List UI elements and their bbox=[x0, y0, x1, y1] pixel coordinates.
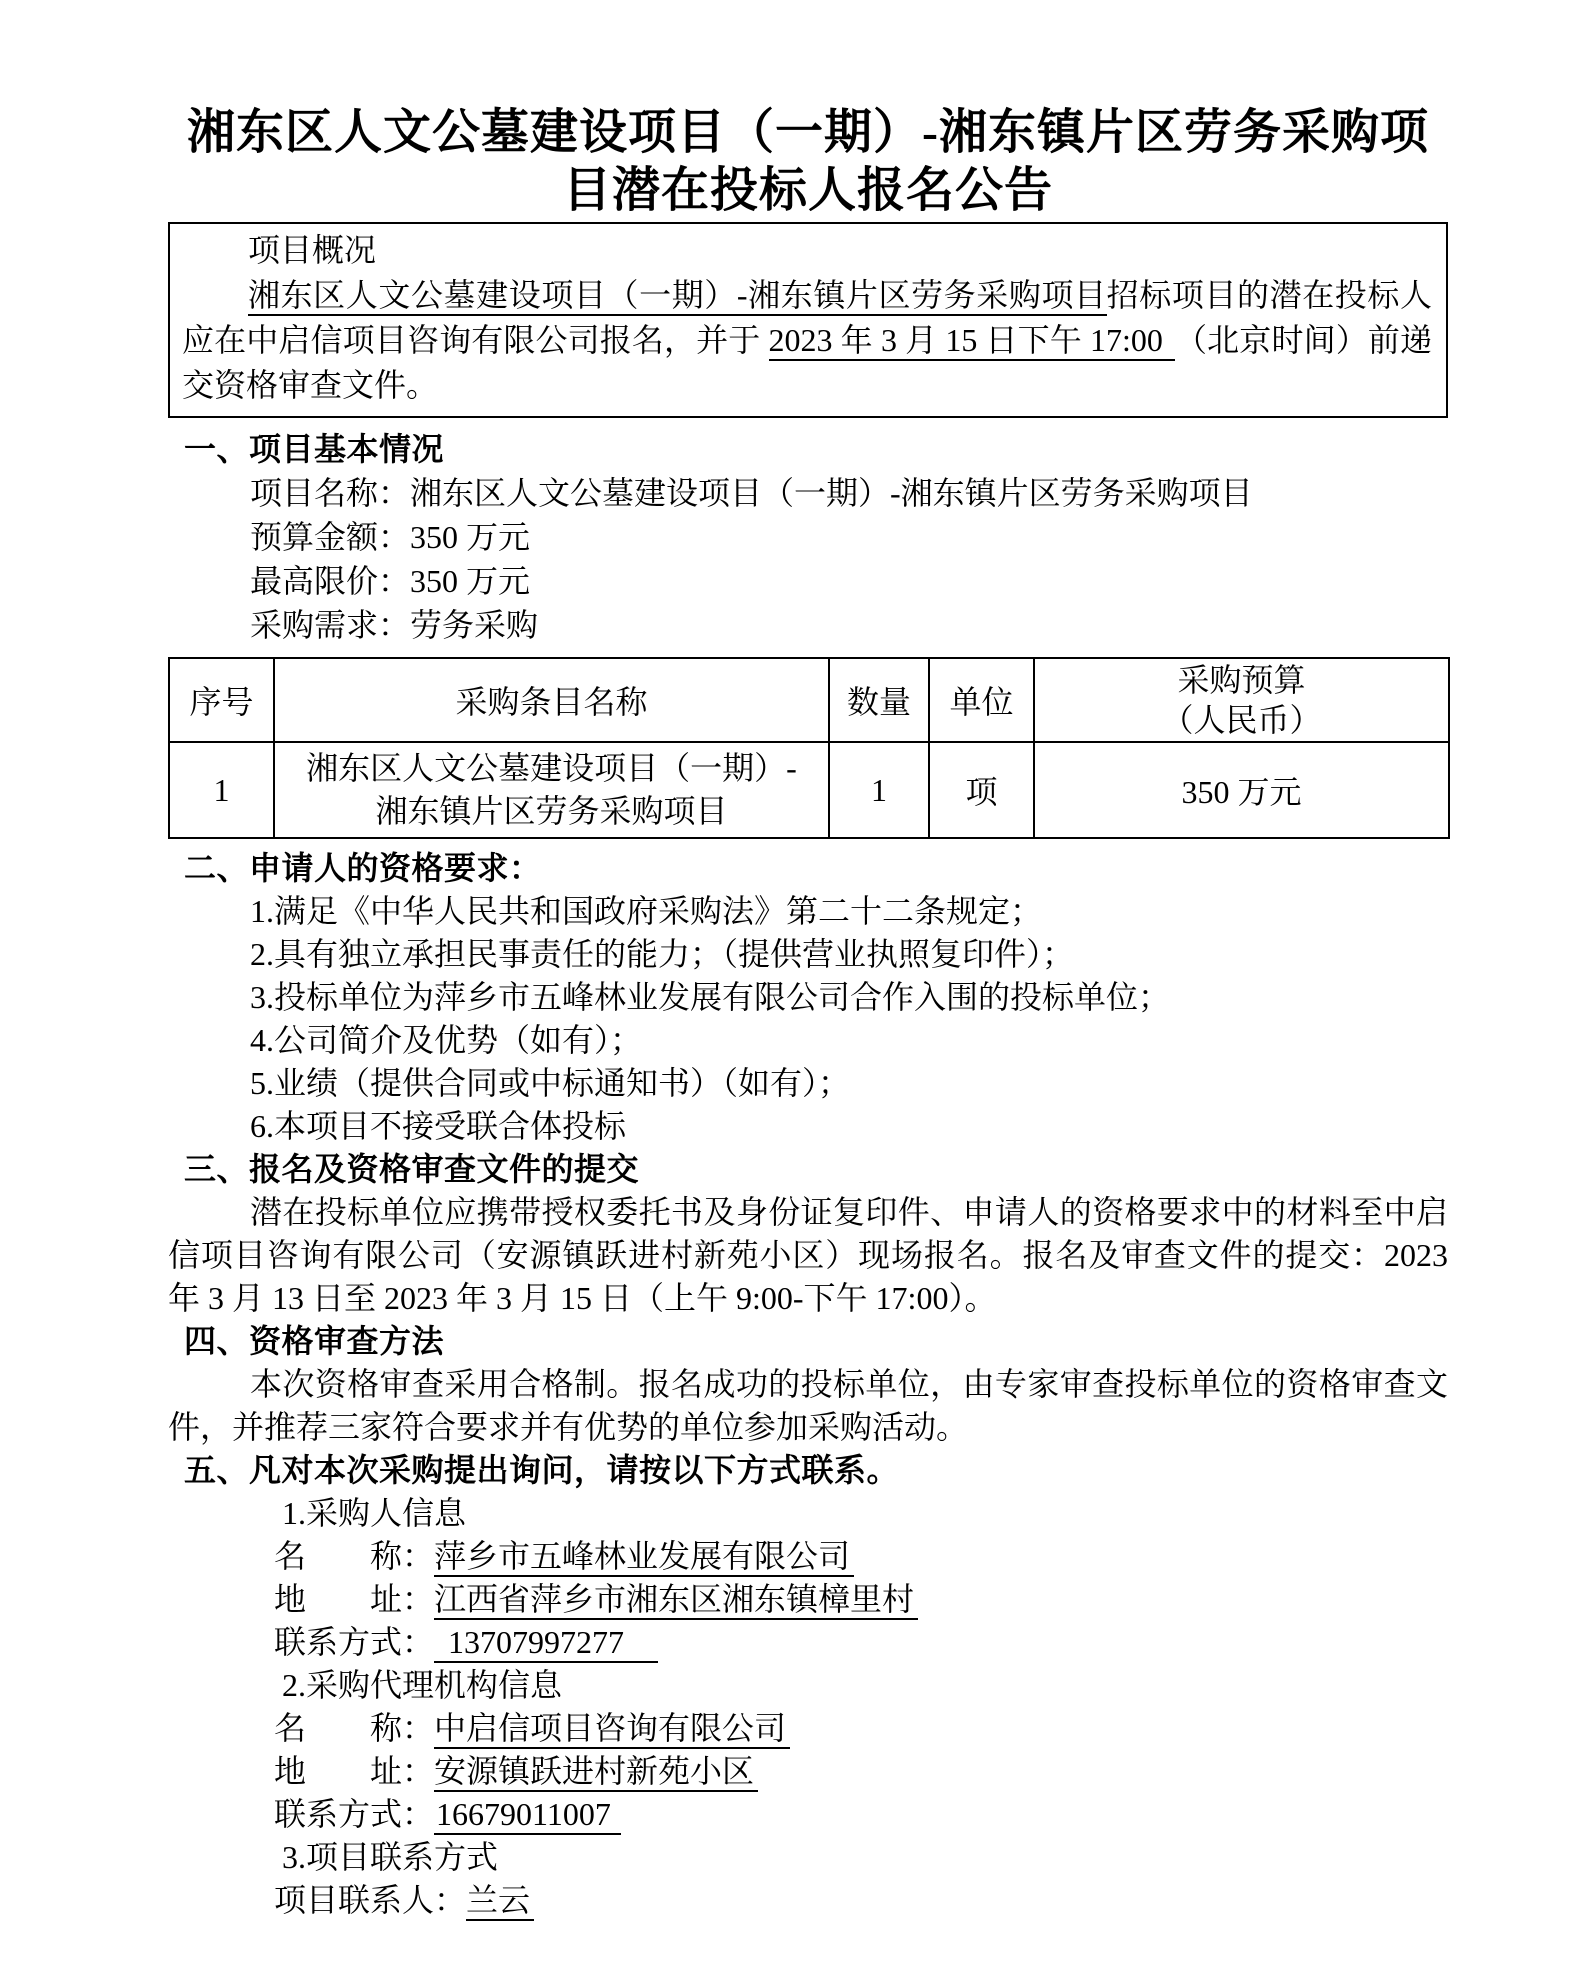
page-title: 湘东区人文公墓建设项目（一期）-湘东镇片区劳务采购项 目潜在投标人报名公告 bbox=[168, 104, 1448, 220]
procurement-items-table: 序号 采购条目名称 数量 单位 采购预算 （人民币） 1 湘东区人文公墓建设项目… bbox=[168, 657, 1450, 839]
col-header-budget: 采购预算 （人民币） bbox=[1034, 658, 1449, 742]
project-name-line: 项目名称：湘东区人文公墓建设项目（一期）-湘东镇片区劳务采购项目 bbox=[168, 471, 1448, 515]
table-header-row: 序号 采购条目名称 数量 单位 采购预算 （人民币） bbox=[169, 658, 1449, 742]
purchaser-phone-label: 联系方式： bbox=[274, 1621, 434, 1664]
project-contact-label: 项目联系人： bbox=[274, 1879, 466, 1922]
qualification-requirements-list: 1.满足《中华人民共和国政府采购法》第二十二条规定； 2.具有独立承担民事责任的… bbox=[168, 890, 1448, 1148]
overview-paragraph: 湘东区人文公墓建设项目（一期）-湘东镇片区劳务采购项目招标项目的潜在投标人应在中… bbox=[182, 273, 1432, 408]
agency-address-label: 地 址： bbox=[274, 1750, 434, 1793]
table-row: 1 湘东区人文公墓建设项目（一期）- 湘东镇片区劳务采购项目 1 项 350 万… bbox=[169, 742, 1449, 838]
project-contact-value: 兰云 bbox=[466, 1882, 534, 1921]
purchaser-address-value: 江西省萍乡市湘东区湘东镇樟里村 bbox=[434, 1581, 918, 1620]
cell-item-name: 湘东区人文公墓建设项目（一期）- 湘东镇片区劳务采购项目 bbox=[274, 742, 829, 838]
requirement-item-4: 4.公司简介及优势（如有）； bbox=[168, 1019, 1448, 1062]
review-method-paragraph: 本次资格审查采用合格制。报名成功的投标单位，由专家审查投标单位的资格审查文件，并… bbox=[168, 1363, 1448, 1449]
purchaser-name-value: 萍乡市五峰林业发展有限公司 bbox=[434, 1538, 854, 1577]
budget-amount-line: 预算金额：350 万元 bbox=[168, 515, 1448, 559]
cell-item-name-line2: 湘东镇片区劳务采购项目 bbox=[275, 790, 828, 833]
purchaser-info-heading: 1.采购人信息 bbox=[168, 1492, 1448, 1535]
requirement-item-2: 2.具有独立承担民事责任的能力；（提供营业执照复印件）； bbox=[168, 933, 1448, 976]
page-title-line2: 目潜在投标人报名公告 bbox=[168, 162, 1448, 220]
section-review-method-heading: 四、资格审查方法 bbox=[168, 1320, 1448, 1363]
col-header-unit: 单位 bbox=[929, 658, 1034, 742]
purchaser-address-label: 地 址： bbox=[274, 1578, 434, 1621]
section-basic-info-heading: 一、项目基本情况 bbox=[168, 428, 1448, 471]
col-header-budget-line1: 采购预算 bbox=[1035, 660, 1448, 700]
cell-unit: 项 bbox=[929, 742, 1034, 838]
cell-quantity: 1 bbox=[829, 742, 929, 838]
requirement-item-1: 1.满足《中华人民共和国政府采购法》第二十二条规定； bbox=[168, 890, 1448, 933]
agency-name-label: 名 称： bbox=[274, 1707, 434, 1750]
col-header-budget-line2: （人民币） bbox=[1035, 700, 1448, 740]
cell-budget: 350 万元 bbox=[1034, 742, 1449, 838]
agency-name-line: 名 称：中启信项目咨询有限公司 bbox=[168, 1707, 1448, 1750]
requirement-item-3: 3.投标单位为萍乡市五峰林业发展有限公司合作入围的投标单位； bbox=[168, 976, 1448, 1019]
section-qualification-heading: 二、申请人的资格要求： bbox=[168, 847, 1448, 890]
overview-project-name: 湘东区人文公墓建设项目（一期）-湘东镇片区劳务采购项目 bbox=[248, 277, 1107, 316]
project-contact-heading: 3.项目联系方式 bbox=[168, 1836, 1448, 1879]
agency-phone-line: 联系方式：16679011007 bbox=[168, 1793, 1448, 1836]
procurement-demand-line: 采购需求：劳务采购 bbox=[168, 603, 1448, 647]
project-overview-box: 项目概况 湘东区人文公墓建设项目（一期）-湘东镇片区劳务采购项目招标项目的潜在投… bbox=[168, 222, 1448, 418]
submission-paragraph: 潜在投标单位应携带授权委托书及身份证复印件、申请人的资格要求中的材料至中启信项目… bbox=[168, 1191, 1448, 1320]
cell-index: 1 bbox=[169, 742, 274, 838]
purchaser-name-label: 名 称： bbox=[274, 1535, 434, 1578]
contact-block: 1.采购人信息 名 称：萍乡市五峰林业发展有限公司 地 址：江西省萍乡市湘东区湘… bbox=[168, 1492, 1448, 1922]
project-contact-line: 项目联系人：兰云 bbox=[168, 1879, 1448, 1922]
agency-phone-value: 16679011007 bbox=[434, 1796, 621, 1835]
price-ceiling-line: 最高限价：350 万元 bbox=[168, 559, 1448, 603]
col-header-quantity: 数量 bbox=[829, 658, 929, 742]
page-title-line1: 湘东区人文公墓建设项目（一期）-湘东镇片区劳务采购项 bbox=[168, 104, 1448, 162]
agency-address-value: 安源镇跃进村新苑小区 bbox=[434, 1753, 758, 1792]
requirement-item-5: 5.业绩（提供合同或中标通知书）（如有）； bbox=[168, 1062, 1448, 1105]
agency-phone-label: 联系方式： bbox=[274, 1793, 434, 1836]
overview-heading: 项目概况 bbox=[182, 228, 1432, 273]
agency-address-line: 地 址：安源镇跃进村新苑小区 bbox=[168, 1750, 1448, 1793]
purchaser-name-line: 名 称：萍乡市五峰林业发展有限公司 bbox=[168, 1535, 1448, 1578]
section-submission-heading: 三、报名及资格审查文件的提交 bbox=[168, 1148, 1448, 1191]
agency-info-heading: 2.采购代理机构信息 bbox=[168, 1664, 1448, 1707]
purchaser-phone-line: 联系方式：13707997277 bbox=[168, 1621, 1448, 1664]
section-contact-heading: 五、凡对本次采购提出询问，请按以下方式联系。 bbox=[168, 1449, 1448, 1492]
requirement-item-6: 6.本项目不接受联合体投标 bbox=[168, 1105, 1448, 1148]
purchaser-phone-value: 13707997277 bbox=[434, 1624, 658, 1663]
purchaser-address-line: 地 址：江西省萍乡市湘东区湘东镇樟里村 bbox=[168, 1578, 1448, 1621]
agency-name-value: 中启信项目咨询有限公司 bbox=[434, 1710, 790, 1749]
col-header-index: 序号 bbox=[169, 658, 274, 742]
overview-deadline: 2023 年 3 月 15 日下午 17:00 bbox=[769, 322, 1175, 361]
col-header-item-name: 采购条目名称 bbox=[274, 658, 829, 742]
section-basic-info: 项目名称：湘东区人文公墓建设项目（一期）-湘东镇片区劳务采购项目 预算金额：35… bbox=[168, 471, 1448, 647]
document-page: 湘东区人文公墓建设项目（一期）-湘东镇片区劳务采购项 目潜在投标人报名公告 项目… bbox=[0, 0, 1587, 1988]
cell-item-name-line1: 湘东区人文公墓建设项目（一期）- bbox=[275, 747, 828, 790]
